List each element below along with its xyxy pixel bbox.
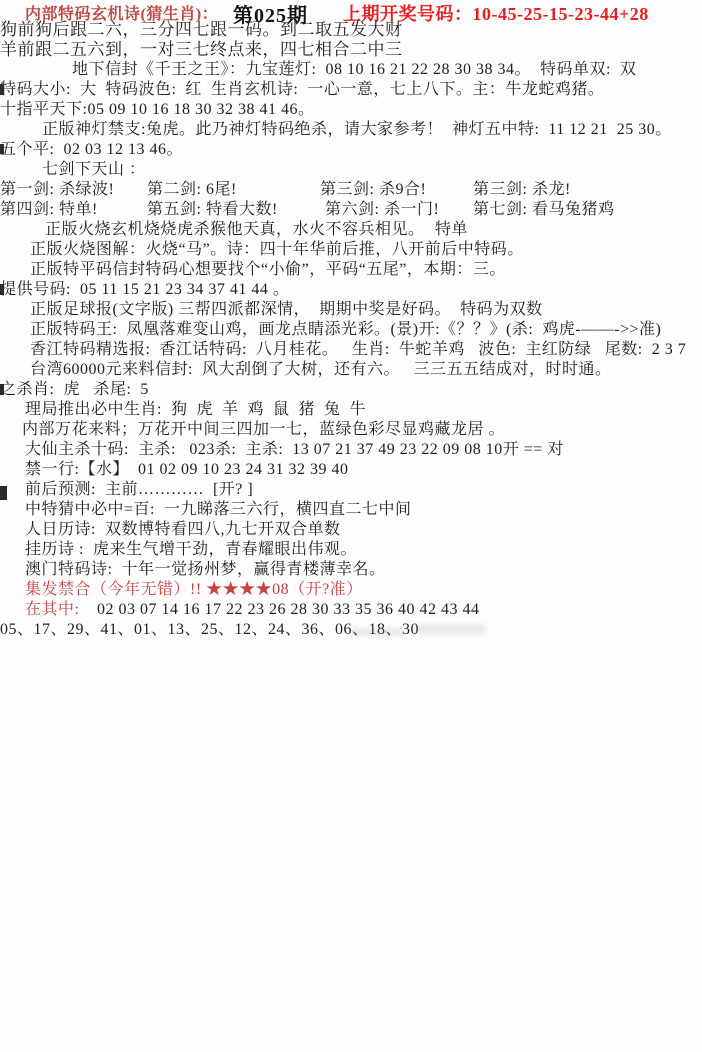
text-line-29: 集发禁合（今年无错）!! ★★★★08（开?准） [0,580,702,600]
text-line-11: 正版火烧玄机烧烧虎杀猴他天真，水火不容兵相见。特单 [0,220,702,240]
text-line-8: 七剑下天山 ： [0,160,702,180]
scan-artifact [0,84,4,95]
text-segment: 五个平: 02 03 12 13 46。 [0,141,183,158]
text-segment: 人日历诗: 双数博特看四八,九七开双合单数 [25,521,340,538]
text-segment: 之杀肖: 虎 杀尾: 5 [0,381,149,398]
text-segment: 集发禁合（今年无错）!! ★★★★08（开?准） [25,581,363,598]
text-segment: 正版火烧玄机烧烧虎杀猴他天真，水火不容兵相见。 [45,220,435,240]
text-line-25: 中特猜中必中=百: 一九睇落三六行，横四直二七中间 [0,500,702,520]
text-line-17: 香江特码精选报: 香江话特码: 八月桂花。 生肖: 牛蛇羊鸡 波色: 主红防绿 … [0,340,702,360]
text-line-22: 大仙主杀十码: 主杀: 023杀: 主杀: 13 07 21 37 49 23 … [0,440,702,460]
text-segment: 第七剑: 看马兔猪鸡 [473,201,614,218]
text-segment: 台湾60000元来料信封: 风大刮倒了大树，还有六。 三三五五结成对，时时通。 [30,361,611,378]
text-segment: 前后预测: 主前………… [开? ] [25,481,253,498]
text-segment: 理局推出必中生肖: 狗 虎 羊 鸡 鼠 猪 兔 牛 [25,401,366,418]
text-line-7: 五个平: 02 03 12 13 46。 [0,140,702,160]
text-segment: 狗前狗后跟二六，三分四七跟一码。到二取五发大财 [0,20,403,39]
text-line-19: 之杀肖: 虎 杀尾: 5 [0,380,702,400]
text-line-12: 正版火烧图解：火烧“马”。诗：四十年华前后推，八开前后中特码。 [0,240,702,260]
scan-smudge [350,628,405,636]
text-segment: 正版特平码信封特码心想要找个“小偷”，平码“五尾”，本期：三。 [30,261,506,278]
text-line-10: 第四剑: 特单!第五剑: 特看大数!第六剑: 杀一门!第七剑: 看马兔猪鸡 [0,200,702,220]
text-line-23: 禁一行:【水】 01 02 09 10 23 24 31 32 39 40 [0,460,702,480]
text-segment: 第一剑: 杀绿波! [0,180,147,200]
scan-artifact [0,486,7,500]
text-line-28: 澳门特码诗: 十年一觉扬州梦，赢得青楼薄幸名。 [0,560,702,580]
scan-artifact [0,384,4,395]
text-line-13: 正版特平码信封特码心想要找个“小偷”，平码“五尾”，本期：三。 [0,260,702,280]
document-header: 内部特码玄机诗(猜生肖)： 第025期 上期开奖号码：10-45-25-15-2… [0,0,702,20]
document-body: 狗前狗后跟二六，三分四七跟一码。到二取五发大财羊前跟二五六到，一对三七终点来，四… [0,20,702,640]
text-line-5: 十指平天下:05 09 10 16 18 30 32 38 41 46。 [0,100,702,120]
text-segment: 第二剑: 6尾! [147,180,320,200]
text-line-27: 挂历诗 : 虎来生气增干劲，青春耀眼出伟观。 [0,540,702,560]
text-segment: 内部万花来料；万花开中间三四加一七，蓝绿色彩尽显鸡藏龙居 。 [22,421,505,438]
text-line-14: 提供号码: 05 11 15 21 23 34 37 41 44 。 [0,280,702,300]
text-line-6: 正版神灯禁支:兔虎。此乃神灯特码绝杀，请大家参考！ 神灯五中特: 11 12 2… [0,120,702,140]
text-segment: 正版特码王: 凤凰落难变山鸡，画龙点睛添光彩。(景)开:《？？》(杀: 鸡虎-—… [30,321,661,338]
text-line-18: 台湾60000元来料信封: 风大刮倒了大树，还有六。 三三五五结成对，时时通。 [0,360,702,380]
text-segment: 大仙主杀十码: 主杀: 023杀: 主杀: 13 07 21 37 49 23 … [25,441,564,458]
text-line-2: 羊前跟二五六到，一对三七终点来，四七相合二中三 [0,40,702,60]
text-segment: 提供号码: 05 11 15 21 23 34 37 41 44 。 [0,281,289,298]
text-segment: 澳门特码诗: 十年一觉扬州梦，赢得青楼薄幸名。 [25,561,385,578]
text-segment: 02 03 07 14 16 17 22 23 26 28 30 33 35 3… [97,601,480,618]
text-line-3: 地下信封《千王之王》：九宝莲灯: 08 10 16 21 22 28 30 38… [0,60,702,80]
text-segment: 特单 [435,221,468,238]
text-line-26: 人日历诗: 双数博特看四八,九七开双合单数 [0,520,702,540]
text-segment: 香江特码精选报: 香江话特码: 八月桂花。 生肖: 牛蛇羊鸡 波色: 主红防绿 … [30,341,686,358]
text-segment: 正版足球报(文字版) 三帮四派都深情， 期期中奖是好码。 特码为双数 [30,301,543,318]
text-segment: 在其中: [25,600,97,620]
text-line-20: 理局推出必中生肖: 狗 虎 羊 鸡 鼠 猪 兔 牛 [0,400,702,420]
text-segment: 地下信封《千王之王》：九宝莲灯: 08 10 16 21 22 28 30 38… [72,61,636,78]
text-segment: 禁一行:【水】 01 02 09 10 23 24 31 32 39 40 [25,461,348,478]
text-line-1: 狗前狗后跟二六，三分四七跟一码。到二取五发大财 [0,20,702,40]
text-segment: 十指平天下:05 09 10 16 18 30 32 38 41 46。 [0,101,314,118]
text-segment: 七剑下天山 ： [42,161,146,178]
text-segment: 第五剑: 特看大数! [147,200,325,220]
text-segment: 正版神灯禁支:兔虎。此乃神灯特码绝杀，请大家参考！ 神灯五中特: 11 12 2… [42,121,672,138]
text-line-16: 正版特码王: 凤凰落难变山鸡，画龙点睛添光彩。(景)开:《？？》(杀: 鸡虎-—… [0,320,702,340]
text-segment: 挂历诗 : 虎来生气增干劲，青春耀眼出伟观。 [25,541,357,558]
text-segment: 第六剑: 杀一门! [325,200,473,220]
text-segment: 特码大小: 大 特码波色: 红 生肖玄机诗: 一心一意，七上八下。主：牛龙蛇鸡猪… [0,81,604,98]
document-page: 内部特码玄机诗(猜生肖)： 第025期 上期开奖号码：10-45-25-15-2… [0,0,702,1052]
text-segment: 羊前跟二五六到，一对三七终点来，四七相合二中三 [0,40,403,59]
text-segment: 第四剑: 特单! [0,200,147,220]
text-line-30: 在其中:02 03 07 14 16 17 22 23 26 28 30 33 … [0,600,702,620]
text-segment: 中特猜中必中=百: 一九睇落三六行，横四直二七中间 [25,501,411,518]
text-line-15: 正版足球报(文字版) 三帮四派都深情， 期期中奖是好码。 特码为双数 [0,300,702,320]
text-line-21: 内部万花来料；万花开中间三四加一七，蓝绿色彩尽显鸡藏龙居 。 [0,420,702,440]
text-segment: 正版火烧图解：火烧“马”。诗：四十年华前后推，八开前后中特码。 [30,241,524,258]
text-segment: 第三剑: 杀9合! [320,180,473,200]
text-segment: 第三剑: 杀龙! [473,181,571,198]
text-line-9: 第一剑: 杀绿波!第二剑: 6尾!第三剑: 杀9合!第三剑: 杀龙! [0,180,702,200]
text-line-24: 前后预测: 主前………… [开? ] [0,480,702,500]
scan-smudge [415,624,485,635]
text-line-4: 特码大小: 大 特码波色: 红 生肖玄机诗: 一心一意，七上八下。主：牛龙蛇鸡猪… [0,80,702,100]
scan-artifact [0,284,4,295]
scan-artifact [0,144,4,154]
